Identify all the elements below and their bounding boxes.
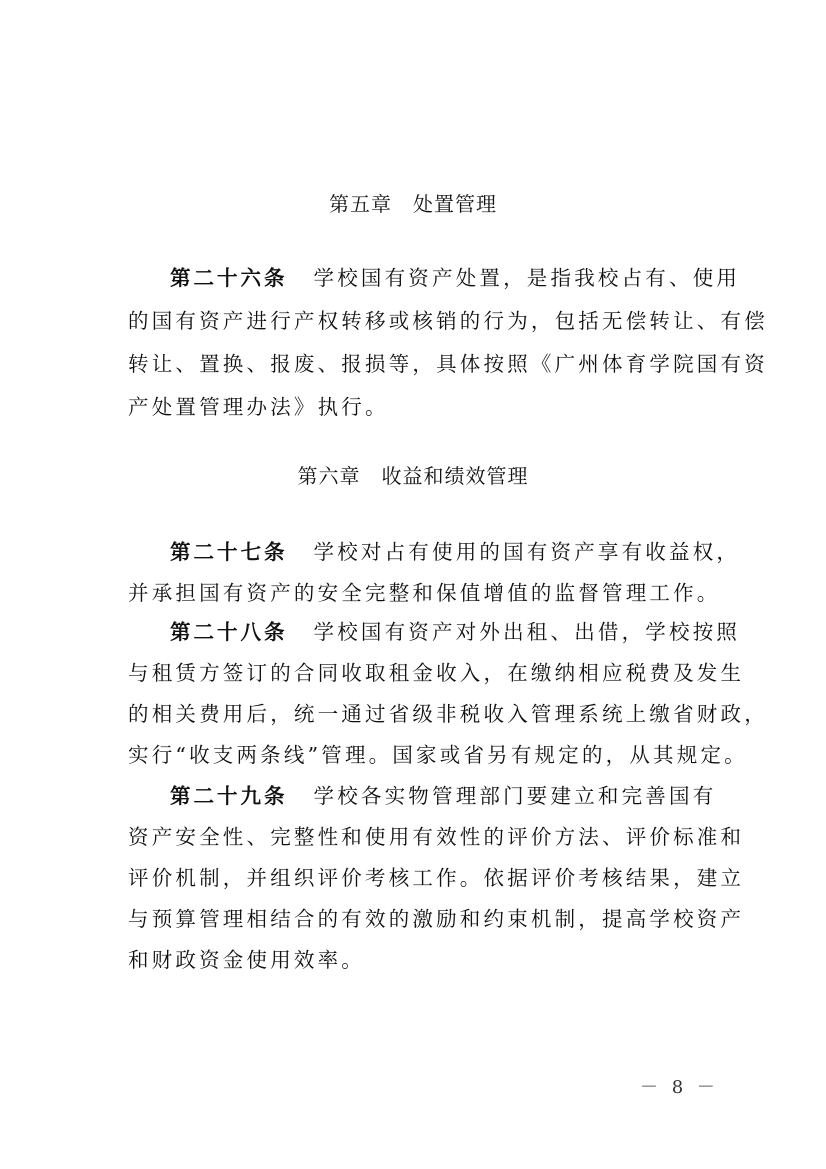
article-29-line: 评价机制，并组织评价考核工作。依据评价考核结果，建立	[128, 864, 708, 892]
article-29-line: 与预算管理相结合的有效的激励和约束机制，提高学校资产	[128, 905, 708, 933]
article-29-label: 第二十九条	[170, 784, 288, 808]
article-29-text: 学校各实物管理部门要建立和完善国有	[314, 784, 717, 808]
article-27-first-line: 第二十七条学校对占有使用的国有资产享有收益权，	[170, 538, 750, 566]
article-29-line: 和财政资金使用效率。	[128, 946, 708, 974]
page-number: － 8 －	[640, 1073, 719, 1099]
article-27-text: 学校对占有使用的国有资产享有收益权，	[314, 540, 741, 564]
article-26-line: 转让、置换、报废、报损等，具体按照《广州体育学院国有资	[128, 350, 708, 378]
article-26-first-line: 第二十六条学校国有资产处置，是指我校占有、使用	[170, 264, 750, 292]
article-28-line: 实行“收支两条线”管理。国家或省另有规定的，从其规定。	[128, 741, 708, 769]
article-28-line: 的相关费用后，统一通过省级非税收入管理系统上缴省财政，	[128, 700, 708, 728]
article-29-line: 资产安全性、完整性和使用有效性的评价方法、评价标准和	[128, 823, 708, 851]
chapter-6-heading: 第六章 收益和绩效管理	[0, 460, 826, 489]
article-28-line: 与租赁方签订的合同收取租金收入，在缴纳相应税费及发生	[128, 659, 708, 687]
document-page: 第五章 处置管理 第二十六条学校国有资产处置，是指我校占有、使用 的国有资产进行…	[0, 0, 826, 1169]
article-28-text: 学校国有资产对外出租、出借，学校按照	[314, 620, 741, 644]
article-27-line: 并承担国有资产的安全完整和保值增值的监督管理工作。	[128, 579, 708, 607]
article-26-line: 的国有资产进行产权转移或核销的行为，包括无偿转让、有偿	[128, 307, 708, 335]
article-27-label: 第二十七条	[170, 540, 288, 564]
article-26-label: 第二十六条	[170, 266, 288, 290]
article-28-first-line: 第二十八条学校国有资产对外出租、出借，学校按照	[170, 618, 750, 646]
article-28-label: 第二十八条	[170, 620, 288, 644]
article-29-first-line: 第二十九条学校各实物管理部门要建立和完善国有	[170, 782, 750, 810]
article-26-text: 学校国有资产处置，是指我校占有、使用	[314, 266, 741, 290]
article-26-line: 产处置管理办法》执行。	[128, 393, 708, 421]
chapter-5-heading: 第五章 处置管理	[0, 188, 826, 217]
